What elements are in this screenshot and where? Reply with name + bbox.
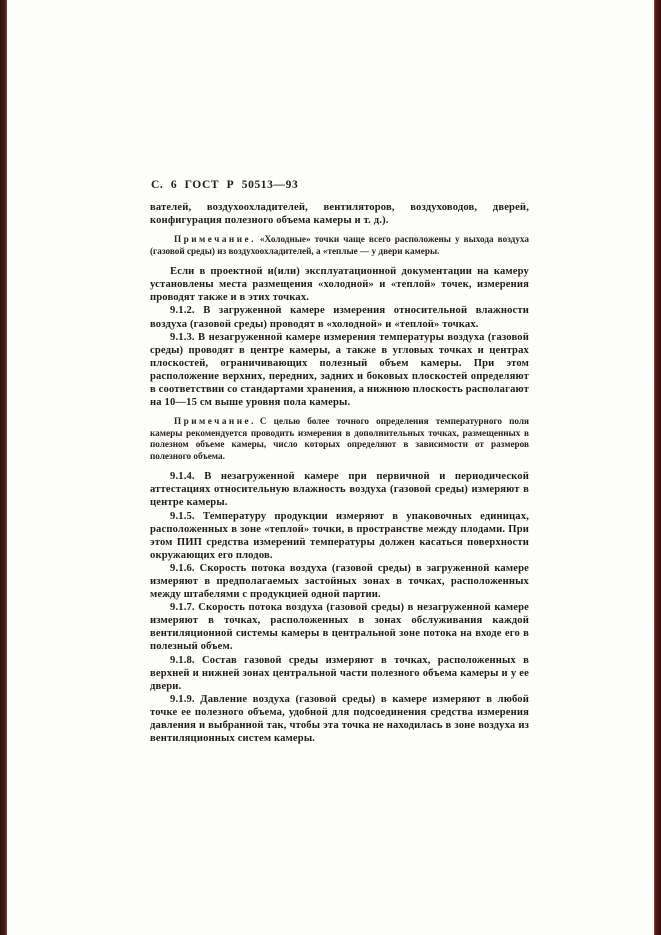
note-1: Примечание.«Холодные» точки чаще всего р…: [150, 234, 529, 257]
scan-edge-right: [654, 0, 661, 935]
scan-edge-left: [0, 0, 7, 935]
paragraph-9-1-2: 9.1.2. В загруженной камере измерения от…: [150, 304, 529, 330]
paragraph-continuation: вателей, воздухоохладителей, вентиляторо…: [150, 201, 529, 227]
paragraph-9-1-6: 9.1.6. Скорость потока воздуха (газовой …: [150, 562, 529, 601]
paragraph-if-documentation: Если в проектной и(или) эксплуатационной…: [150, 265, 529, 304]
paragraph-9-1-7: 9.1.7. Скорость потока воздуха (газовой …: [150, 601, 529, 653]
scanned-document-page: { "doc": { "running_head": "С. 6 ГОСТ Р …: [0, 0, 661, 935]
paragraph-9-1-8: 9.1.8. Состав газовой среды измеряют в т…: [150, 654, 529, 693]
paragraph-9-1-4: 9.1.4. В незагруженной камере при первич…: [150, 470, 529, 509]
paragraph-9-1-9: 9.1.9. Давление воздуха (газовой среды) …: [150, 693, 529, 745]
paragraph-9-1-3: 9.1.3. В незагруженной камере измерения …: [150, 331, 529, 410]
document-text-block: С. 6 ГОСТ Р 50513—93 вателей, воздухоохл…: [150, 179, 529, 745]
paragraph-9-1-5: 9.1.5. Температуру продукции измеряют в …: [150, 510, 529, 562]
note-1-label: Примечание.: [174, 234, 256, 244]
running-header-page-and-standard-number: С. 6 ГОСТ Р 50513—93: [151, 179, 529, 191]
note-2-label: Примечание.: [174, 416, 256, 426]
note-2: Примечание.С целью более точного определ…: [150, 416, 529, 462]
